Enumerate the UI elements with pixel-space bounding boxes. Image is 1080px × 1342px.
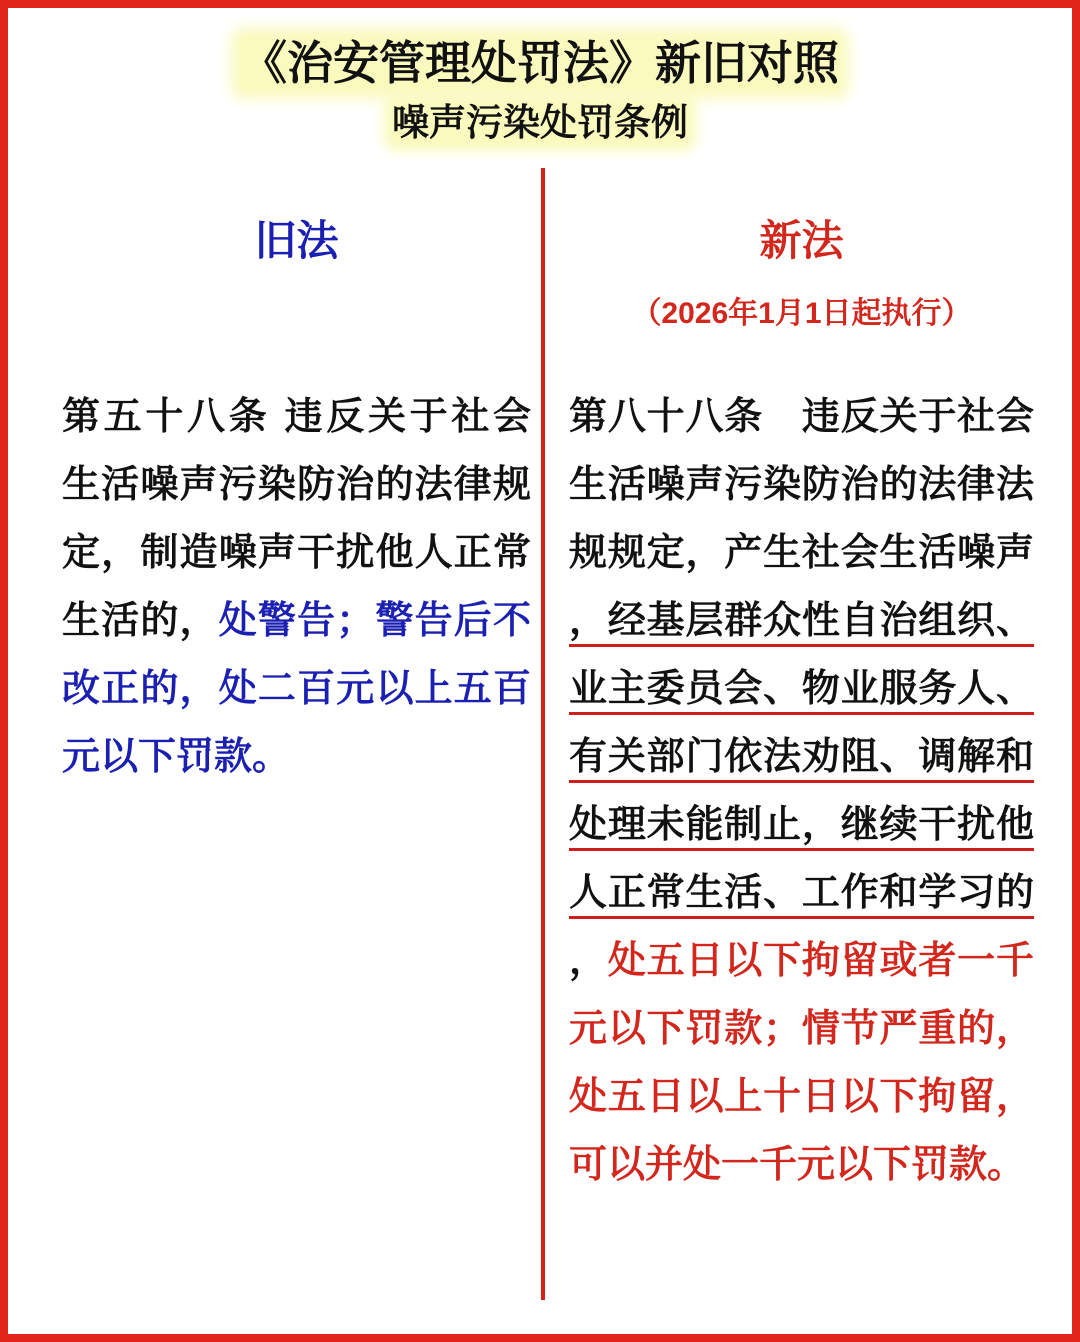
page-subtitle: 噪声污染处罚条例 — [392, 103, 688, 144]
text-segment: 元以下罚款；情节严重的， — [569, 1008, 1034, 1050]
law-text-line: 处五日以上十日以下拘留， — [569, 1063, 1034, 1131]
text-segment: 处五日以上十日以下拘留， — [569, 1076, 1034, 1118]
law-text-line: 生活噪声污染防治的法律规 — [62, 451, 531, 519]
new-law-text: 第八十八条 违反关于社会生活噪声污染防治的法律法规规定，产生社会生活噪声，经基层… — [569, 383, 1034, 1199]
law-text-line: 第五十八条 违反关于社会 — [62, 383, 531, 451]
new-law-column: 新法 （2026年1月1日起执行） 第八十八条 违反关于社会生活噪声污染防治的法… — [545, 168, 1072, 1334]
text-segment: 第五十八条 违反关于社会 — [62, 396, 531, 438]
law-text-line: 元以下罚款；情节严重的， — [569, 995, 1034, 1063]
old-law-header-area: 旧法 — [62, 168, 531, 383]
law-text-line: 可以并处一千元以下罚款。 — [569, 1131, 1034, 1199]
text-segment: 处五日以下拘留或者一千 — [608, 940, 1034, 982]
law-text-line: 处理未能制止，继续干扰他 — [569, 791, 1034, 859]
page-title: 《治安管理处罚法》新旧对照 — [241, 38, 839, 89]
comparison-poster: 《治安管理处罚法》新旧对照 噪声污染处罚条例 旧法 第五十八条 违反关于社会生活… — [0, 0, 1080, 1342]
text-segment: 业主委员会、物业服务人、 — [569, 668, 1034, 710]
law-text-line: ，经基层群众性自治组织、 — [569, 587, 1034, 655]
old-law-text: 第五十八条 违反关于社会生活噪声污染防治的法律规定，制造噪声干扰他人正常生活的，… — [62, 383, 531, 791]
law-text-line: 业主委员会、物业服务人、 — [569, 655, 1034, 723]
law-text-line: 有关部门依法劝阻、调解和 — [569, 723, 1034, 791]
old-law-column: 旧法 第五十八条 违反关于社会生活噪声污染防治的法律规定，制造噪声干扰他人正常生… — [8, 168, 541, 1334]
text-segment: 人正常生活、工作和学习的 — [569, 872, 1034, 914]
law-text-line: 元以下罚款。 — [62, 723, 531, 791]
text-segment: ， — [569, 940, 608, 982]
law-text-line: 人正常生活、工作和学习的 — [569, 859, 1034, 927]
law-text-line: ，处五日以下拘留或者一千 — [569, 927, 1034, 995]
law-text-line: 第八十八条 违反关于社会 — [569, 383, 1034, 451]
text-segment: 改正的，处二百元以上五百 — [62, 668, 531, 710]
text-segment: 元以下罚款。 — [62, 736, 290, 778]
text-segment: 规规定，产生社会生活噪声 — [569, 532, 1034, 574]
text-segment: 可以并处一千元以下罚款。 — [569, 1144, 1025, 1186]
text-segment: 生活的， — [62, 600, 219, 642]
effective-date: （2026年1月1日起执行） — [569, 288, 1034, 332]
law-text-line: 规规定，产生社会生活噪声 — [569, 519, 1034, 587]
old-law-header: 旧法 — [62, 168, 531, 264]
text-segment: ，经基层群众性自治组织、 — [569, 600, 1034, 642]
text-segment: 第八十八条 违反关于社会 — [569, 396, 1034, 438]
text-segment: 定，制造噪声干扰他人正常 — [62, 532, 531, 574]
law-text-line: 定，制造噪声干扰他人正常 — [62, 519, 531, 587]
law-text-line: 生活的，处警告；警告后不 — [62, 587, 531, 655]
comparison-columns: 旧法 第五十八条 违反关于社会生活噪声污染防治的法律规定，制造噪声干扰他人正常生… — [8, 168, 1072, 1334]
new-law-header: 新法 — [569, 168, 1034, 264]
text-segment: 生活噪声污染防治的法律法 — [569, 464, 1034, 506]
text-segment: 处警告；警告后不 — [219, 600, 531, 642]
text-segment: 有关部门依法劝阻、调解和 — [569, 736, 1034, 778]
law-text-line: 生活噪声污染防治的法律法 — [569, 451, 1034, 519]
law-text-line: 改正的，处二百元以上五百 — [62, 655, 531, 723]
title-area: 《治安管理处罚法》新旧对照 噪声污染处罚条例 — [8, 8, 1072, 168]
text-segment: 处理未能制止，继续干扰他 — [569, 804, 1034, 846]
text-segment: 生活噪声污染防治的法律规 — [62, 464, 531, 506]
new-law-header-area: 新法 （2026年1月1日起执行） — [569, 168, 1034, 383]
